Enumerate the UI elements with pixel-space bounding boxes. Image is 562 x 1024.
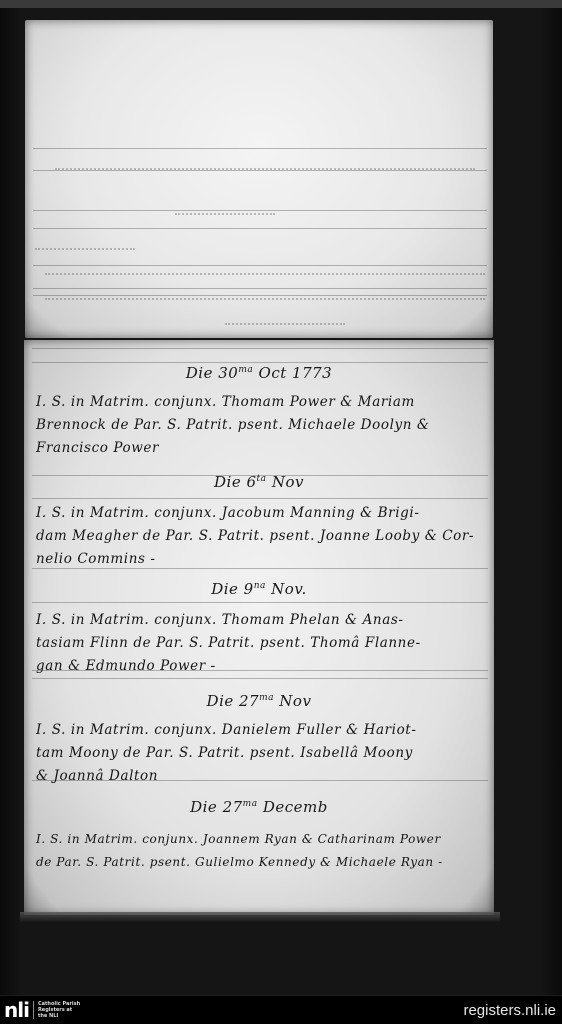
brand-divider: [33, 1001, 34, 1019]
ruled-line: [33, 228, 487, 229]
entry-1-line-1: I. S. in Matrim. conjunx. Thomam Power &…: [36, 394, 484, 410]
brand-line-3: the NLI: [38, 1013, 80, 1019]
faded-text: [45, 265, 485, 275]
entry-4-date: Die 27ma Nov: [24, 692, 494, 710]
footer-bar: nli Catholic Parish Registers at the NLI…: [0, 995, 562, 1024]
faded-text: [175, 205, 275, 215]
upper-page: [25, 20, 493, 338]
ruled-line: [33, 148, 487, 149]
entry-4-line-2: tam Moony de Par. S. Patrit. psent. Isab…: [36, 745, 484, 761]
entry-3-line-1: I. S. in Matrim. conjunx. Thomam Phelan …: [36, 612, 484, 628]
ruled-line: [33, 170, 487, 171]
nli-brand: nli Catholic Parish Registers at the NLI: [4, 1000, 80, 1020]
page-bottom-edge: [20, 912, 500, 922]
entry-2-line-1: I. S. in Matrim. conjunx. Jacobum Mannin…: [36, 505, 484, 521]
entry-1-date: Die 30ma Oct 1773: [24, 364, 494, 382]
entry-5-line-2: de Par. S. Patrit. psent. Gulielmo Kenne…: [36, 855, 484, 869]
entry-2-line-2: dam Meagher de Par. S. Patrit. psent. Jo…: [36, 528, 484, 544]
brand-text: Catholic Parish Registers at the NLI: [38, 1001, 80, 1019]
entry-4-line-3: & Joannâ Dalton: [36, 768, 484, 784]
entry-5-line-1: I. S. in Matrim. conjunx. Joannem Ryan &…: [36, 832, 484, 846]
entry-3-line-2: tasiam Flinn de Par. S. Patrit. psent. T…: [36, 635, 484, 651]
entry-5-date: Die 27ma Decemb: [24, 798, 494, 816]
faded-text: [45, 290, 485, 300]
top-strip: [0, 0, 562, 8]
faded-text: [35, 240, 135, 250]
nli-logo: nli: [4, 1000, 29, 1020]
entry-3-line-3: gan & Edmundo Power -: [36, 658, 484, 674]
ruled-line: [33, 288, 487, 289]
faded-text: [225, 315, 345, 325]
entry-4-line-1: I. S. in Matrim. conjunx. Danielem Fulle…: [36, 722, 484, 738]
entry-3-date: Die 9na Nov.: [24, 580, 494, 598]
lower-page: Die 30ma Oct 1773 I. S. in Matrim. conju…: [24, 340, 494, 915]
entry-1-line-3: Francisco Power: [36, 440, 484, 456]
entry-1-line-2: Brennock de Par. S. Patrit. psent. Micha…: [36, 417, 484, 433]
site-link[interactable]: registers.nli.ie: [463, 1002, 556, 1019]
image-viewer: Die 30ma Oct 1773 I. S. in Matrim. conju…: [0, 0, 562, 995]
entry-2-date: Die 6ta Nov: [24, 473, 494, 491]
faded-text: [55, 160, 475, 170]
entry-2-line-3: nelio Commins -: [36, 551, 484, 567]
